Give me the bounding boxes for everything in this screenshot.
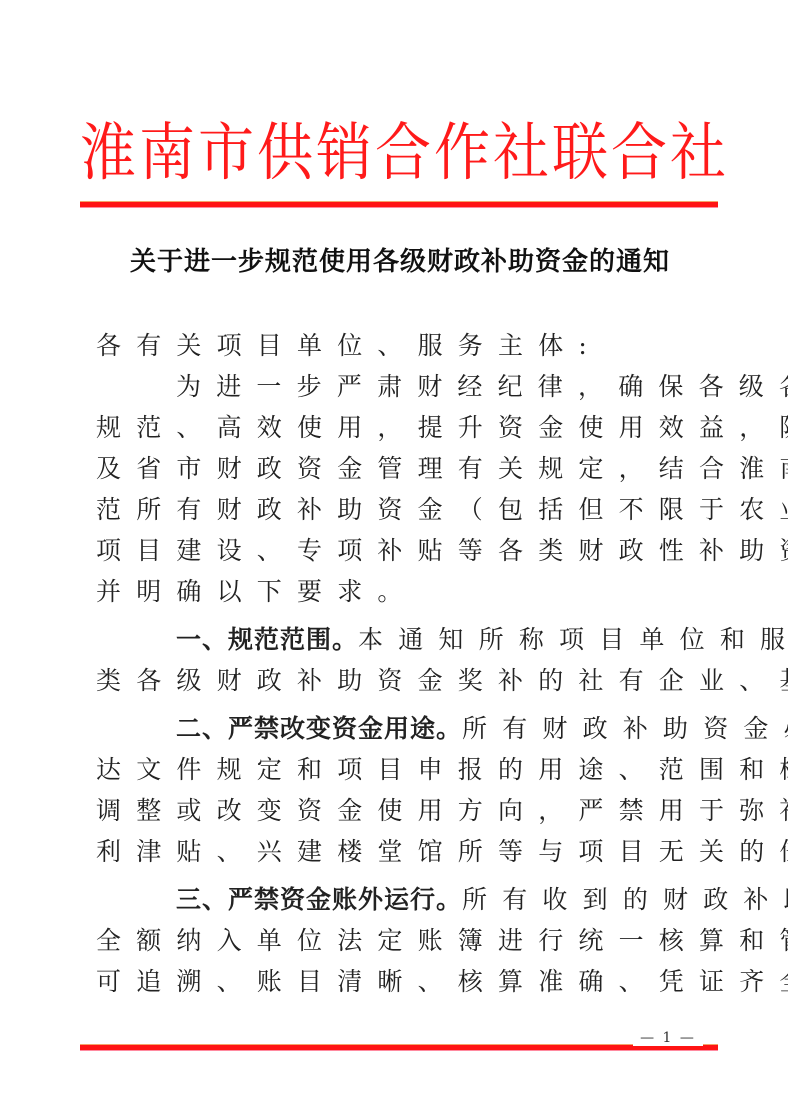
letterhead-title: 淮南市供销合作社联合社 xyxy=(80,114,720,195)
section-3-line: 全额纳入单位法定账簿进行统一核算和管理，确保资金流转全程 xyxy=(96,920,706,961)
intro-line: 范所有财政补助资金（包括但不限于农业社会化服务、产业发展、 xyxy=(96,489,706,530)
footer-red-rule xyxy=(80,1045,718,1050)
section-3-text: 所有收到的财政补助资金必须及时、 xyxy=(462,885,788,914)
section-1-text: 本通知所称项目单位和服务主体包括获得各 xyxy=(358,625,788,654)
intro-line: 规范、高效使用，提升资金使用效益，防范财务风险，根据国家 xyxy=(96,407,706,448)
section-1-heading: 一、规范范围。 xyxy=(176,625,358,654)
section-2-text: 所有财政补助资金必须严格按照下 xyxy=(462,714,788,743)
intro-line: 及省市财政资金管理有关规定，结合淮南市供销社实际，现就规 xyxy=(96,448,706,489)
section-3-heading: 三、严禁资金账外运行。 xyxy=(176,885,462,914)
page-number: — 1 — xyxy=(633,1030,703,1046)
section-2-line: 调整或改变资金使用方向，严禁用于弥补单位日常经费、发放福 xyxy=(96,790,706,831)
salutation: 各有关项目单位、服务主体: xyxy=(96,325,706,366)
section-2-line: 利津贴、兴建楼堂馆所等与项目无关的任何支出。 xyxy=(96,831,706,872)
section-2-first-line: 二、严禁改变资金用途。所有财政补助资金必须严格按照下 xyxy=(96,708,706,749)
section-2-line: 达文件规定和项目申报的用途、范围和标准专款专用，不得擅自 xyxy=(96,749,706,790)
section-1-first-line: 一、规范范围。本通知所称项目单位和服务主体包括获得各 xyxy=(96,619,706,660)
section-1-line: 类各级财政补助资金奖补的社有企业、基层供销合作社等。 xyxy=(96,660,706,701)
letterhead-red-rule xyxy=(80,202,718,207)
section-2-heading: 二、严禁改变资金用途。 xyxy=(176,714,462,743)
document-title: 关于进一步规范使用各级财政补助资金的通知 xyxy=(80,244,720,280)
intro-line: 并明确以下要求。 xyxy=(96,571,706,612)
document-body: 各有关项目单位、服务主体: 为进一步严肃财经纪律，确保各级各类财政补助资金的安全… xyxy=(96,325,706,1002)
intro-line: 为进一步严肃财经纪律，确保各级各类财政补助资金的安全、 xyxy=(96,366,706,407)
section-3-line: 可追溯、账目清晰、核算准确、凭证齐全。严禁设立任何形式的 xyxy=(96,961,706,1002)
section-3-first-line: 三、严禁资金账外运行。所有收到的财政补助资金必须及时、 xyxy=(96,879,706,920)
intro-line: 项目建设、专项补贴等各类财政性补助资金）的使用管理，重申 xyxy=(96,530,706,571)
